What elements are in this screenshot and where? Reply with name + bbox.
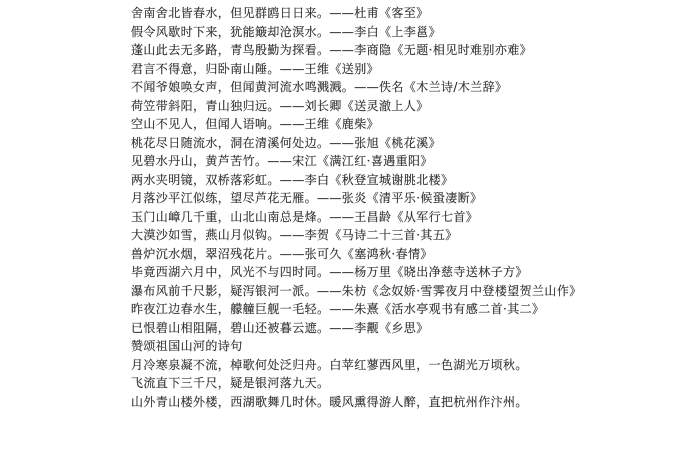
text-line: 假令风歇时下来，犹能簸却沧溟水。——李白《上李邕》 — [131, 23, 671, 42]
text-line: 君言不得意，归卧南山陲。——王维《送别》 — [131, 60, 671, 79]
text-line: 已恨碧山相阻隔，碧山还被暮云遮。——李觏《乡思》 — [131, 319, 671, 338]
text-line: 毕竟西湖六月中，风光不与四时同。——杨万里《晓出净慈寺送林子方》 — [131, 263, 671, 282]
text-line: 瀑布风前千尺影，疑泻银河一派。——朱枋《念奴娇·雪霁夜月中登楼望贺兰山作》 — [131, 282, 671, 301]
text-line: 桃花尽日随流水，洞在清溪何处边。——张旭《桃花溪》 — [131, 134, 671, 153]
text-line: 月落沙平江似练，望尽芦花无雁。——张炎《清平乐·候蛩凄断》 — [131, 189, 671, 208]
text-line: 月冷寒泉凝不流，棹歌何处泛归舟。白苹红蓼西风里，一色湖光万顷秋。 — [131, 356, 671, 375]
text-line: 兽炉沉水烟，翠沼残花片。——张可久《塞鸿秋·春情》 — [131, 245, 671, 264]
text-line: 舍南舍北皆春水，但见群鸥日日来。——杜甫《客至》 — [131, 4, 671, 23]
text-line: 不闻爷娘唤女声，但闻黄河流水鸣溅溅。——佚名《木兰诗/木兰辞》 — [131, 78, 671, 97]
section-heading: 赞颂祖国山河的诗句 — [131, 337, 671, 356]
text-line: 见碧水丹山，黄芦苦竹。——宋江《满江红·喜遇重阳》 — [131, 152, 671, 171]
poem-document: 舍南舍北皆春水，但见群鸥日日来。——杜甫《客至》 假令风歇时下来，犹能簸却沧溟水… — [131, 4, 671, 411]
text-line: 荷笠带斜阳，青山独归远。——刘长卿《送灵澈上人》 — [131, 97, 671, 116]
text-line: 大漠沙如雪，燕山月似钩。——李贺《马诗二十三首·其五》 — [131, 226, 671, 245]
text-line: 昨夜江边春水生，艨艟巨舰一毛轻。——朱熹《活水亭观书有感二首·其二》 — [131, 300, 671, 319]
text-line: 两水夹明镜，双桥落彩虹。——李白《秋登宣城谢朓北楼》 — [131, 171, 671, 190]
text-line: 山外青山楼外楼，西湖歌舞几时休。暖风熏得游人醉，直把杭州作汴州。 — [131, 393, 671, 412]
text-line: 空山不见人，但闻人语响。——王维《鹿柴》 — [131, 115, 671, 134]
text-line: 飞流直下三千尺，疑是银河落九天。 — [131, 374, 671, 393]
text-line: 蓬山此去无多路，青鸟殷勤为探看。——李商隐《无题·相见时难别亦难》 — [131, 41, 671, 60]
text-line: 玉门山嶂几千重，山北山南总是烽。——王昌龄《从军行七首》 — [131, 208, 671, 227]
